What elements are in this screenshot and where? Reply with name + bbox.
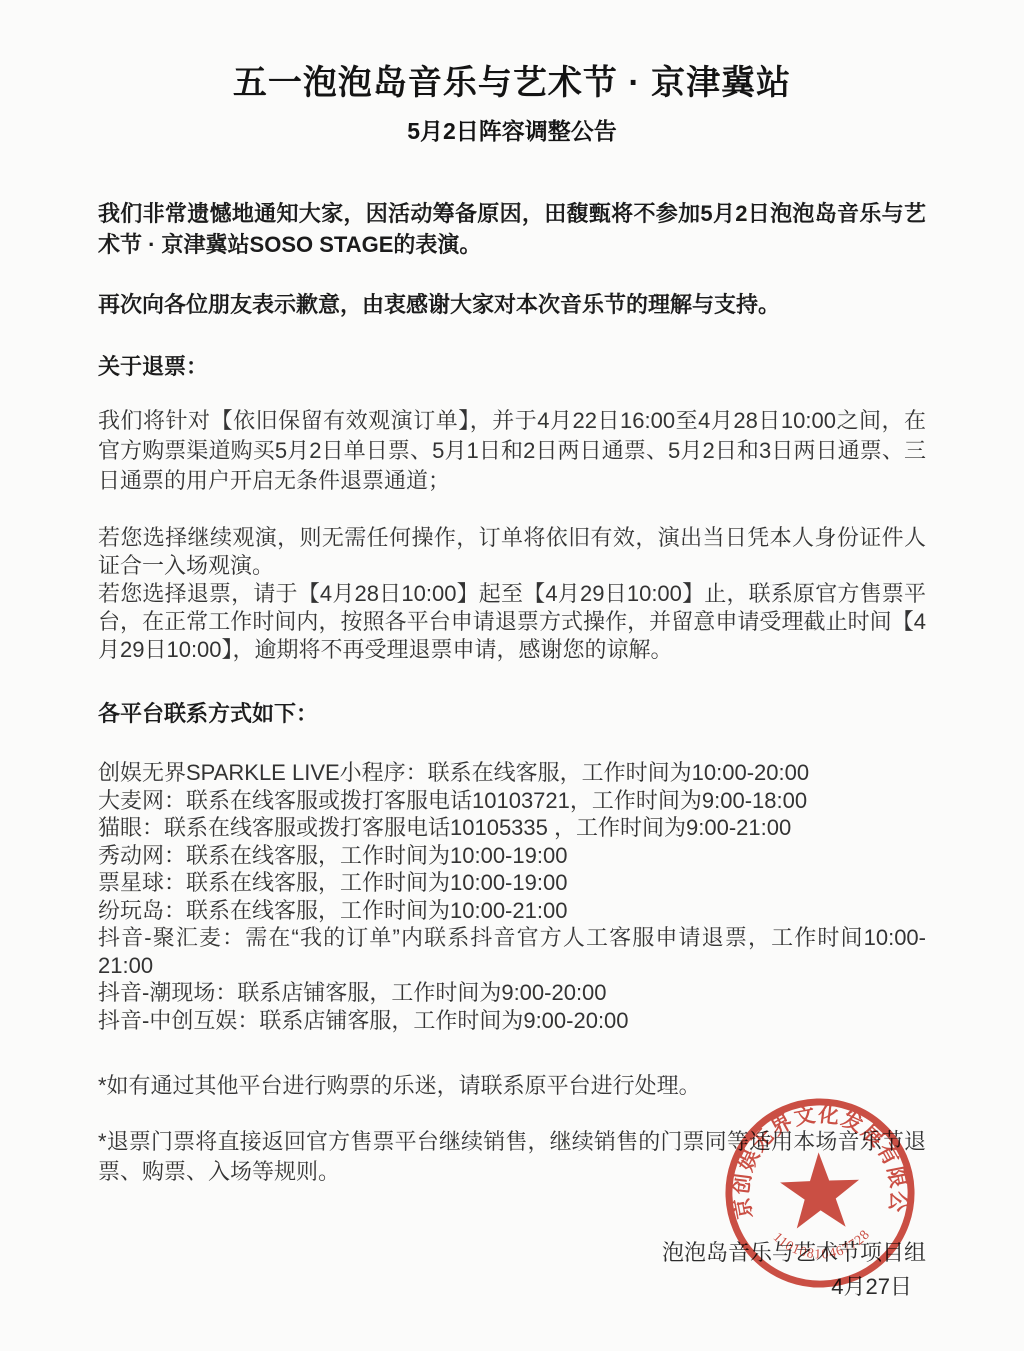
platform-line-douyin-juhuimai: 抖音-聚汇麦：需在“我的订单”内联系抖音官方人工客服申请退票，工作时间10:00…	[98, 924, 926, 979]
refund-options-block: 若您选择继续观演，则无需任何操作，订单将依旧有效，演出当日凭本人身份证件人证合一…	[98, 524, 926, 664]
platform-line-maoyan: 猫眼：联系在线客服或拨打客服电话10105335 ，工作时间为9:00-21:0…	[98, 814, 926, 842]
contacts-section-heading: 各平台联系方式如下：	[98, 699, 926, 729]
refund-procedure-paragraph: 若您选择退票，请于【4月28日10:00】起至【4月29日10:00】止，联系原…	[98, 580, 926, 664]
page-title: 五一泡泡岛音乐与艺术节 · 京津冀站	[98, 62, 926, 104]
platform-line-douyin-zhongchuanghuyu: 抖音-中创互娱：联系店铺客服，工作时间为9:00-20:00	[98, 1007, 926, 1035]
company-seal-stamp: 北京创娱无界文化发展有限公司 11010810467728	[718, 1091, 923, 1296]
seal-star-icon	[779, 1151, 861, 1229]
platform-line-fenwandao: 纷玩岛：联系在线客服，工作时间为10:00-21:00	[98, 897, 926, 925]
platform-line-piaoxingqiu: 票星球：联系在线客服，工作时间为10:00-19:00	[98, 869, 926, 897]
seal-serial-number: 11010810467728	[770, 1226, 874, 1263]
announcement-page: 五一泡泡岛音乐与艺术节 · 京津冀站 5月2日阵容调整公告 我们非常遗憾地通知大…	[0, 0, 1024, 1351]
platform-line-douyin-chaoxianchang: 抖音-潮现场：联系店铺客服，工作时间为9:00-20:00	[98, 979, 926, 1007]
intro-paragraph: 我们非常遗憾地通知大家，因活动筹备原因，田馥甄将不参加5月2日泡泡岛音乐与艺术节…	[98, 198, 926, 260]
platform-contact-list: 创娱无界SPARKLE LIVE小程序：联系在线客服，工作时间为10:00-20…	[98, 759, 926, 1034]
platform-line-damai: 大麦网：联系在线客服或拨打客服电话10103721，工作时间为9:00-18:0…	[98, 787, 926, 815]
keep-ticket-paragraph: 若您选择继续观演，则无需任何操作，订单将依旧有效，演出当日凭本人身份证件人证合一…	[98, 524, 926, 580]
platform-line-sparkle-live: 创娱无界SPARKLE LIVE小程序：联系在线客服，工作时间为10:00-20…	[98, 759, 926, 787]
platform-line-xiudong: 秀动网：联系在线客服，工作时间为10:00-19:00	[98, 842, 926, 870]
refund-section-heading: 关于退票：	[98, 352, 926, 382]
refund-scope-paragraph: 我们将针对【依旧保留有效观演订单】，并于4月22日16:00至4月28日10:0…	[98, 406, 926, 496]
apology-paragraph: 再次向各位朋友表示歉意，由衷感谢大家对本次音乐节的理解与支持。	[98, 289, 926, 320]
page-subtitle: 5月2日阵容调整公告	[98, 117, 926, 145]
